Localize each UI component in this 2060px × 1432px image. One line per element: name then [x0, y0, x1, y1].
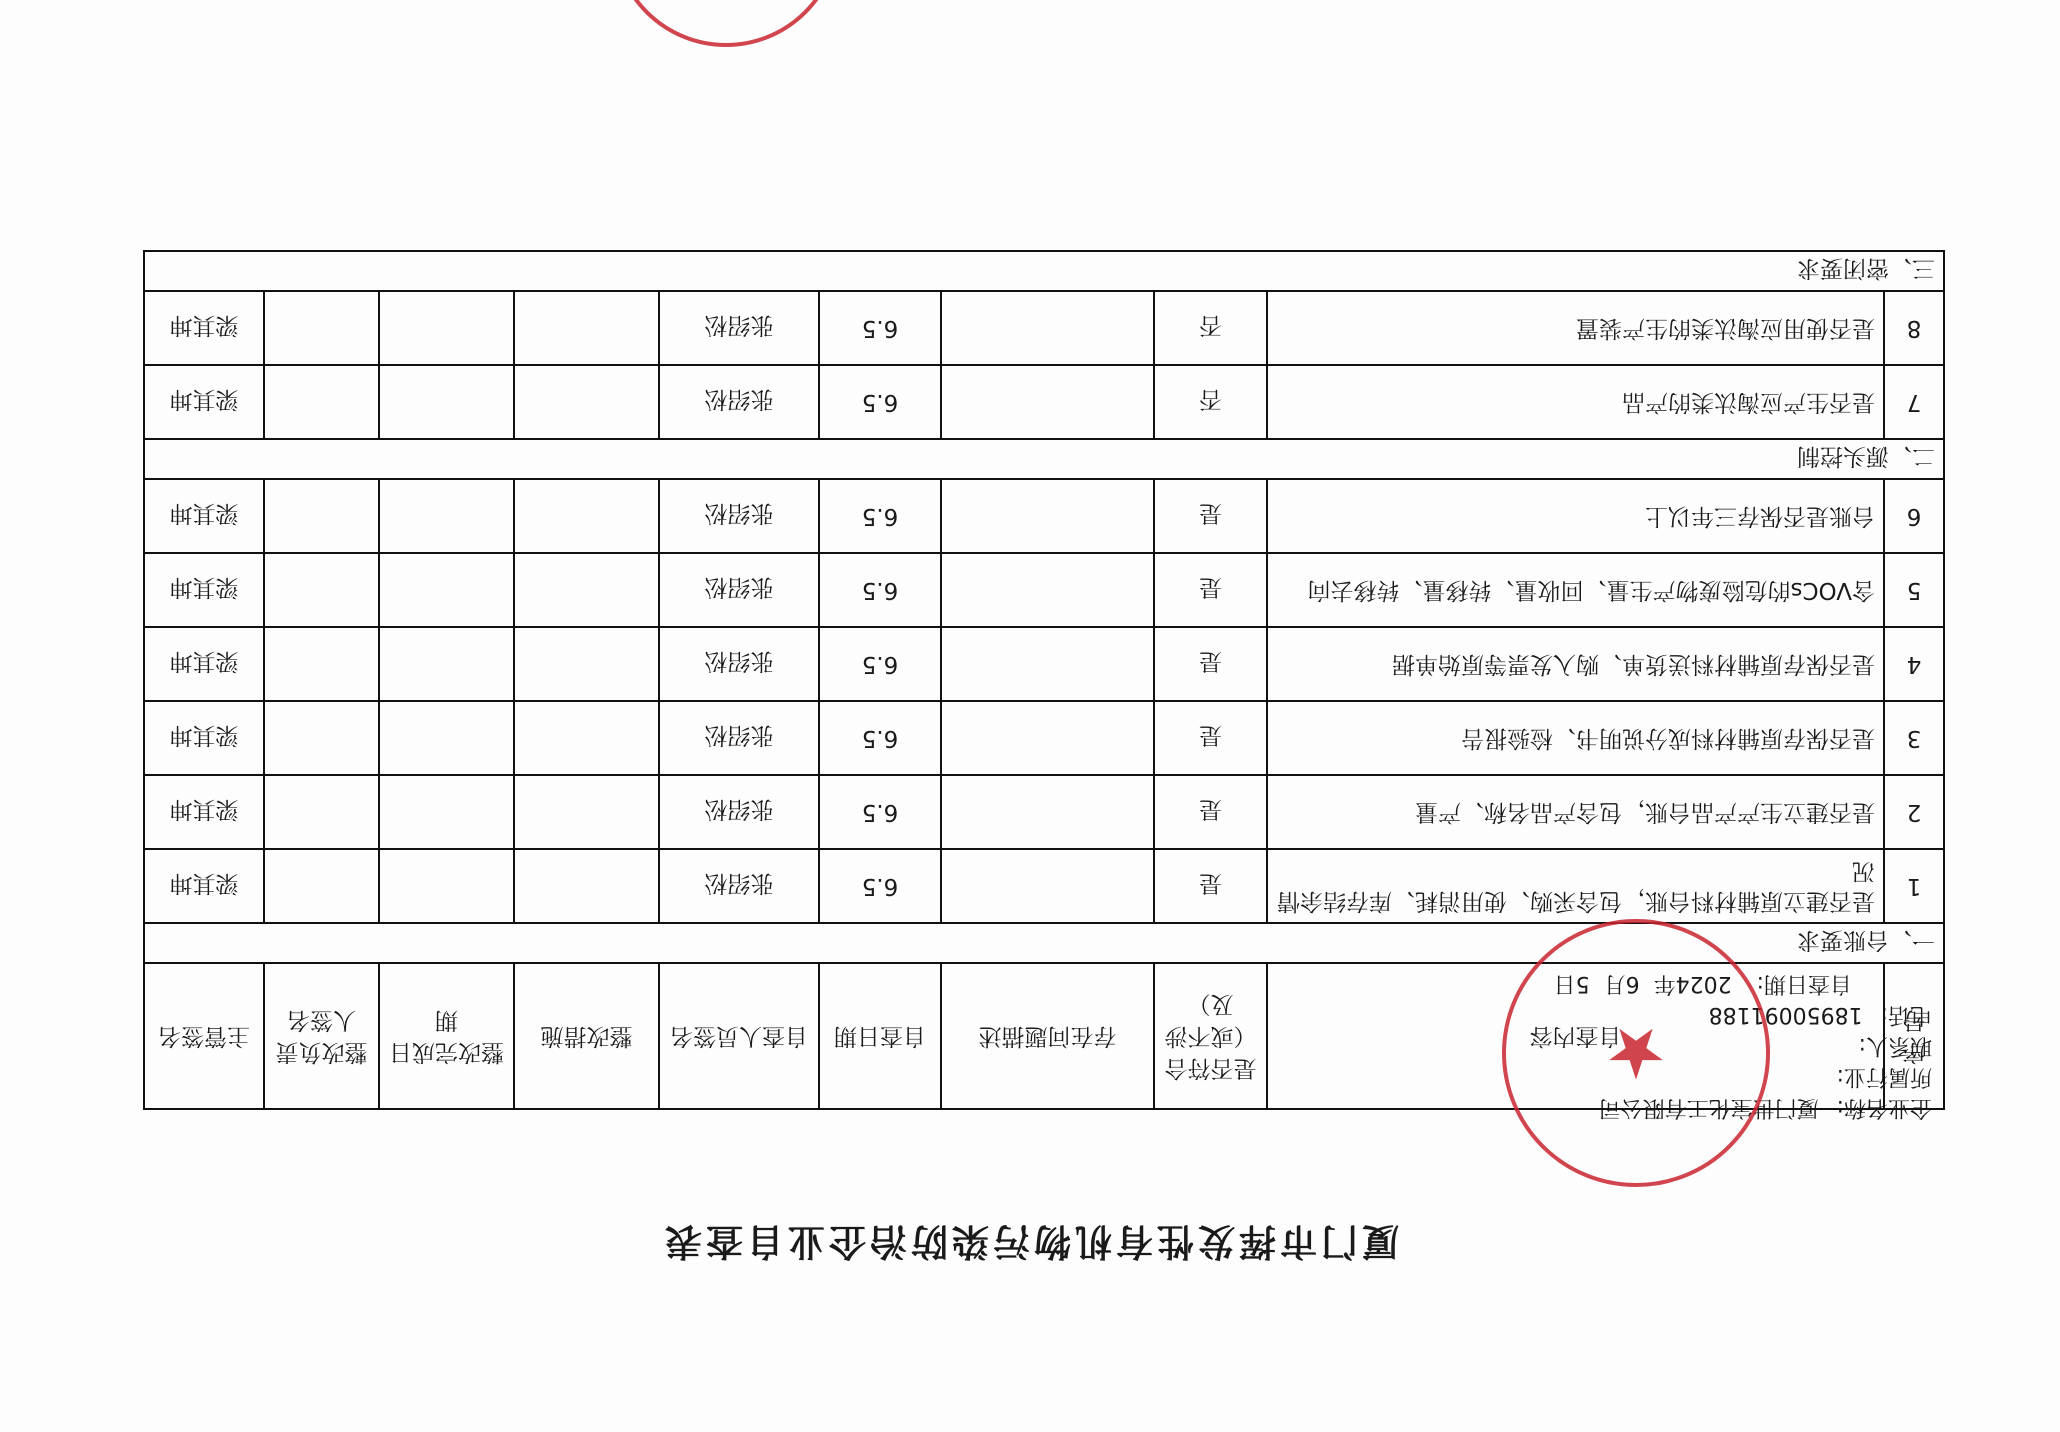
cell-supervisor: 梁其坤 — [144, 365, 264, 439]
table-row: 4是否保存原辅材料送货单、购入发票等原始单据是6.5张绍松梁其坤 — [144, 627, 1944, 701]
cell-measure — [514, 553, 659, 627]
header-date: 自查日期 — [819, 963, 941, 1109]
cell-fix-date — [379, 553, 514, 627]
cell-compliant: 是 — [1154, 553, 1267, 627]
cell-fix-date — [379, 849, 514, 923]
header-fix-date: 整改完成日期 — [379, 963, 514, 1109]
cell-fix-owner — [264, 849, 379, 923]
cell-fix-date — [379, 775, 514, 849]
header-no: 序号 — [1884, 963, 1944, 1109]
cell-no: 8 — [1884, 291, 1944, 365]
header-fix-owner: 整改负责人签名 — [264, 963, 379, 1109]
header-measure: 整改措施 — [514, 963, 659, 1109]
cell-content: 是否建立生产产品台账，包含产品名称、产量 — [1267, 775, 1884, 849]
cell-fix-date — [379, 479, 514, 553]
cell-content: 是否保存原辅材料成分说明书、检验报告 — [1267, 701, 1884, 775]
header-problem: 存在问题描述 — [941, 963, 1154, 1109]
cell-measure — [514, 627, 659, 701]
cell-supervisor: 梁其坤 — [144, 627, 264, 701]
table-body: 一、台账要求1是否建立原辅材料台账，包含采购、使用消耗、库存结余情况是6.5张绍… — [144, 251, 1944, 963]
cell-problem — [941, 627, 1154, 701]
cell-date: 6.5 — [819, 479, 941, 553]
section-row: 二、源头控制 — [144, 439, 1944, 479]
document-page: ★ 厦门市挥发性有机物污染防治企业自查表 企业名称:厦门世宝化工有限公司 所属行… — [0, 0, 2060, 1432]
header-inspector: 自查人员签名 — [659, 963, 819, 1109]
cell-inspector: 张绍松 — [659, 479, 819, 553]
cell-date: 6.5 — [819, 553, 941, 627]
cell-compliant: 是 — [1154, 775, 1267, 849]
cell-problem — [941, 291, 1154, 365]
cell-fix-owner — [264, 627, 379, 701]
cell-content: 是否生产应淘汰类的产品 — [1267, 365, 1884, 439]
cell-date: 6.5 — [819, 775, 941, 849]
cell-fix-owner — [264, 701, 379, 775]
cell-fix-owner — [264, 291, 379, 365]
cell-fix-owner — [264, 365, 379, 439]
cell-problem — [941, 553, 1154, 627]
cell-measure — [514, 701, 659, 775]
company-seal: ★ — [1502, 919, 1770, 1187]
table-row: 5含VOCs的危险废物产生量、回收量、转移量、转移去向是6.5张绍松梁其坤 — [144, 553, 1944, 627]
table-row: 3是否保存原辅材料成分说明书、检验报告是6.5张绍松梁其坤 — [144, 701, 1944, 775]
cell-measure — [514, 291, 659, 365]
cell-no: 1 — [1884, 849, 1944, 923]
cell-compliant: 是 — [1154, 627, 1267, 701]
cell-fix-date — [379, 365, 514, 439]
cell-problem — [941, 701, 1154, 775]
cell-content: 是否保存原辅材料送货单、购入发票等原始单据 — [1267, 627, 1884, 701]
cell-date: 6.5 — [819, 365, 941, 439]
cell-problem — [941, 849, 1154, 923]
cell-no: 7 — [1884, 365, 1944, 439]
cell-problem — [941, 775, 1154, 849]
cell-measure — [514, 365, 659, 439]
cell-supervisor: 梁其坤 — [144, 701, 264, 775]
cell-inspector: 张绍松 — [659, 553, 819, 627]
cell-inspector: 张绍松 — [659, 701, 819, 775]
section-title: 二、源头控制 — [144, 439, 1944, 479]
cell-no: 5 — [1884, 553, 1944, 627]
cell-date: 6.5 — [819, 627, 941, 701]
cell-measure — [514, 849, 659, 923]
header-supervisor: 主管签名 — [144, 963, 264, 1109]
table-row: 8是否使用应淘汰类的生产装置否6.5张绍松梁其坤 — [144, 291, 1944, 365]
table-row: 2是否建立生产产品台账，包含产品名称、产量是6.5张绍松梁其坤 — [144, 775, 1944, 849]
cell-no: 3 — [1884, 701, 1944, 775]
cell-compliant: 否 — [1154, 291, 1267, 365]
cell-supervisor: 梁其坤 — [144, 553, 264, 627]
cell-supervisor: 梁其坤 — [144, 479, 264, 553]
cell-inspector: 张绍松 — [659, 365, 819, 439]
cell-date: 6.5 — [819, 701, 941, 775]
cell-no: 6 — [1884, 479, 1944, 553]
cell-fix-date — [379, 701, 514, 775]
cell-no: 4 — [1884, 627, 1944, 701]
cell-inspector: 张绍松 — [659, 775, 819, 849]
cell-inspector: 张绍松 — [659, 627, 819, 701]
cell-content: 含VOCs的危险废物产生量、回收量、转移量、转移去向 — [1267, 553, 1884, 627]
cell-problem — [941, 479, 1154, 553]
section-title: 三、密闭要求 — [144, 251, 1944, 291]
cell-content: 是否使用应淘汰类的生产装置 — [1267, 291, 1884, 365]
document-title: 厦门市挥发性有机物污染防治企业自查表 — [0, 1218, 2060, 1272]
cell-inspector: 张绍松 — [659, 291, 819, 365]
cell-fix-date — [379, 627, 514, 701]
table-row: 1是否建立原辅材料台账，包含采购、使用消耗、库存结余情况是6.5张绍松梁其坤 — [144, 849, 1944, 923]
cell-fix-date — [379, 291, 514, 365]
cell-measure — [514, 775, 659, 849]
cell-date: 6.5 — [819, 849, 941, 923]
section-row: 三、密闭要求 — [144, 251, 1944, 291]
cell-content: 是否建立原辅材料台账，包含采购、使用消耗、库存结余情况 — [1267, 849, 1884, 923]
cell-no: 2 — [1884, 775, 1944, 849]
cell-inspector: 张绍松 — [659, 849, 819, 923]
header-compliant: 是否符合（或不涉及） — [1154, 963, 1267, 1109]
cell-compliant: 是 — [1154, 849, 1267, 923]
cell-fix-owner — [264, 479, 379, 553]
table-row: 7是否生产应淘汰类的产品否6.5张绍松梁其坤 — [144, 365, 1944, 439]
cell-problem — [941, 365, 1154, 439]
cell-supervisor: 梁其坤 — [144, 291, 264, 365]
cell-supervisor: 梁其坤 — [144, 775, 264, 849]
cell-compliant: 否 — [1154, 365, 1267, 439]
seal-star-icon: ★ — [1605, 1018, 1668, 1088]
cell-compliant: 是 — [1154, 701, 1267, 775]
cell-date: 6.5 — [819, 291, 941, 365]
table-row: 6台账是否保存三年以上是6.5张绍松梁其坤 — [144, 479, 1944, 553]
cell-fix-owner — [264, 775, 379, 849]
cell-compliant: 是 — [1154, 479, 1267, 553]
cell-supervisor: 梁其坤 — [144, 849, 264, 923]
cell-fix-owner — [264, 553, 379, 627]
cell-measure — [514, 479, 659, 553]
cell-content: 台账是否保存三年以上 — [1267, 479, 1884, 553]
company-seal-partial: ★ — [612, 0, 840, 47]
